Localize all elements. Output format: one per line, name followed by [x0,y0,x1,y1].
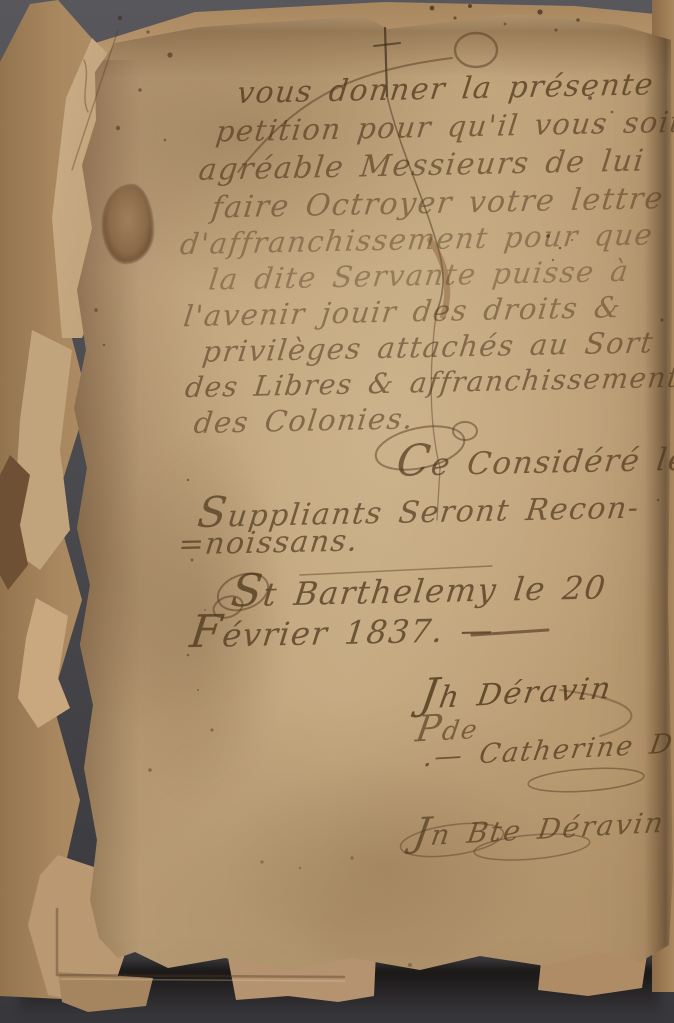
manuscript-line: vous donner la présente [235,67,656,111]
manuscript-line: agréable Messieurs de lui [197,143,647,187]
handwritten-text: vous donner la présente petition pour qu… [0,0,674,1023]
manuscript-line: =noissans. [177,524,361,563]
dateline-date: Février 1837. — [187,599,498,659]
signature: Jn Bte Déravin [410,797,668,856]
manuscript-photo: vous donner la présente petition pour qu… [0,0,674,1023]
manuscript-line: petition pour qu'il vous soit [214,105,674,149]
manuscript-line: des Colonies. [192,401,416,440]
